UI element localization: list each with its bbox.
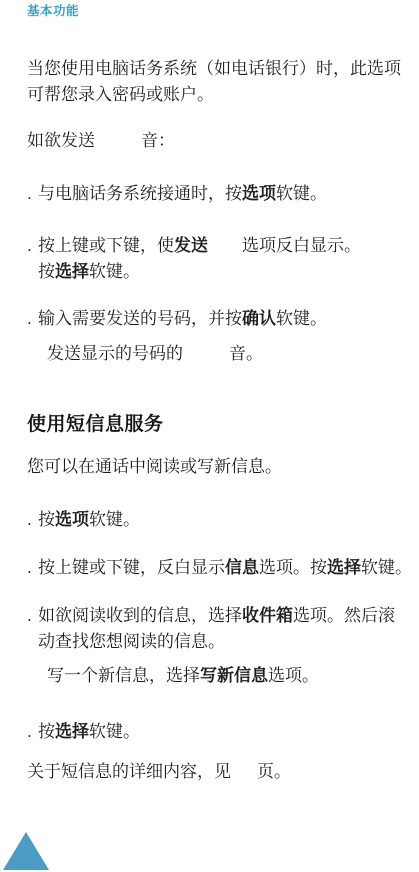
softkey-name: 确认 xyxy=(242,309,276,329)
list-item-dtmf-step3: . 输入需要发送的号码，并按确认软键。 xyxy=(27,306,419,332)
text-run: 按上键或下键，反白显示 xyxy=(38,558,225,578)
option-name: 发送 xyxy=(174,236,208,256)
softkey-name: 选择 xyxy=(327,558,361,578)
text-run: 如欲发送 xyxy=(27,131,95,151)
list-item-sms-step1: . 按选项软键。 xyxy=(27,507,419,533)
softkey-name: 选项 xyxy=(55,510,89,530)
softkey-name: 选择 xyxy=(55,722,89,742)
dtmf-intro-paragraph: 当您使用电脑话务系统（如电话银行）时，此选项可帮您录入密码或账户。 xyxy=(27,56,419,108)
text-run: 按 xyxy=(38,262,55,282)
text-run: 软键。 xyxy=(89,722,140,742)
list-bullet: . xyxy=(27,233,38,285)
running-header-title: 基本功能 xyxy=(27,3,419,19)
list-item-text: 输入需要发送的号码，并按确认软键。 xyxy=(38,306,327,332)
text-run: 如欲阅读收到的信息，选择 xyxy=(38,606,242,626)
list-bullet: . xyxy=(27,507,38,533)
text-line: 可帮您录入密码或账户。 xyxy=(27,85,214,105)
dtmf-step3-note: 发送显示的号码的音。 xyxy=(47,341,419,367)
option-name: 写新信息 xyxy=(200,666,268,686)
text-run: 按 xyxy=(38,510,55,530)
list-bullet: . xyxy=(27,181,38,207)
list-item-sms-step3: . 如欲阅读收到的信息，选择收件箱选项。然后滚动查找您想阅读的信息。 xyxy=(27,603,419,655)
list-item-dtmf-step1: . 与电脑话务系统接通时，按选项软键。 xyxy=(27,181,419,207)
text-run: 与电脑话务系统接通时，按 xyxy=(38,184,242,204)
softkey-name: 选择 xyxy=(55,262,89,282)
list-item-dtmf-step2: . 按上键或下键，使发送选项反白显示。按选择软键。 xyxy=(27,233,419,285)
text-run: 选项反白显示。 xyxy=(242,236,361,256)
blank-placeholder xyxy=(208,250,242,251)
list-bullet: . xyxy=(27,603,38,655)
text-run: 软键。 xyxy=(89,510,140,530)
dtmf-send-lead-line: 如欲发送音： xyxy=(27,128,419,154)
list-item-text: 按选项软键。 xyxy=(38,507,140,533)
sms-step3-note: 写一个新信息，选择写新信息选项。 xyxy=(47,663,419,689)
text-run: 选项。按 xyxy=(259,558,327,578)
text-run: 发送显示的号码的 xyxy=(47,344,183,364)
text-run: 软键。 xyxy=(89,262,140,282)
list-item-text: 按上键或下键，使发送选项反白显示。按选择软键。 xyxy=(38,233,361,285)
list-item-text: 按选择软键。 xyxy=(38,719,140,745)
text-line: 当您使用电脑话务系统（如电话银行）时，此选项 xyxy=(27,59,401,79)
blank-placeholder xyxy=(95,145,141,146)
text-run: 按上键或下键，使 xyxy=(38,236,174,256)
text-run: 音： xyxy=(141,131,175,151)
text-run: 动查找您想阅读的信息。 xyxy=(38,632,225,652)
text-run: 输入需要发送的号码，并按 xyxy=(38,309,242,329)
sms-footer-reference: 关于短信息的详细内容，见页。 xyxy=(27,759,419,785)
softkey-name: 选项 xyxy=(242,184,276,204)
text-run: 软键。 xyxy=(276,184,327,204)
list-item-text: 如欲阅读收到的信息，选择收件箱选项。然后滚动查找您想阅读的信息。 xyxy=(38,603,395,655)
list-item-sms-step2: . 按上键或下键，反白显示信息选项。按选择软键。 xyxy=(27,555,419,581)
page-corner-triangle-icon xyxy=(3,832,49,870)
list-bullet: . xyxy=(27,306,38,332)
manual-page: 基本功能 当您使用电脑话务系统（如电话银行）时，此选项可帮您录入密码或账户。 如… xyxy=(0,0,419,872)
text-run: 软键。 xyxy=(361,558,412,578)
list-item-text: 按上键或下键，反白显示信息选项。按选择软键。 xyxy=(38,555,412,581)
list-bullet: . xyxy=(27,555,38,581)
text-run: 音。 xyxy=(229,344,263,364)
text-run: 页。 xyxy=(257,762,291,782)
list-item-text: 与电脑话务系统接通时，按选项软键。 xyxy=(38,181,327,207)
blank-placeholder xyxy=(183,358,229,359)
option-name: 信息 xyxy=(225,558,259,578)
text-run: 写一个新信息，选择 xyxy=(47,666,200,686)
list-item-sms-step4: . 按选择软键。 xyxy=(27,719,419,745)
text-run: 关于短信息的详细内容，见 xyxy=(27,762,231,782)
section-title-sms: 使用短信息服务 xyxy=(27,412,419,436)
blank-placeholder xyxy=(231,776,257,777)
option-name: 收件箱 xyxy=(242,606,293,626)
text-run: 软键。 xyxy=(276,309,327,329)
text-run: 按 xyxy=(38,722,55,742)
text-run: 选项。然后滚 xyxy=(293,606,395,626)
sms-intro-paragraph: 您可以在通话中阅读或写新信息。 xyxy=(27,454,419,480)
text-run: 选项。 xyxy=(268,666,319,686)
list-bullet: . xyxy=(27,719,38,745)
